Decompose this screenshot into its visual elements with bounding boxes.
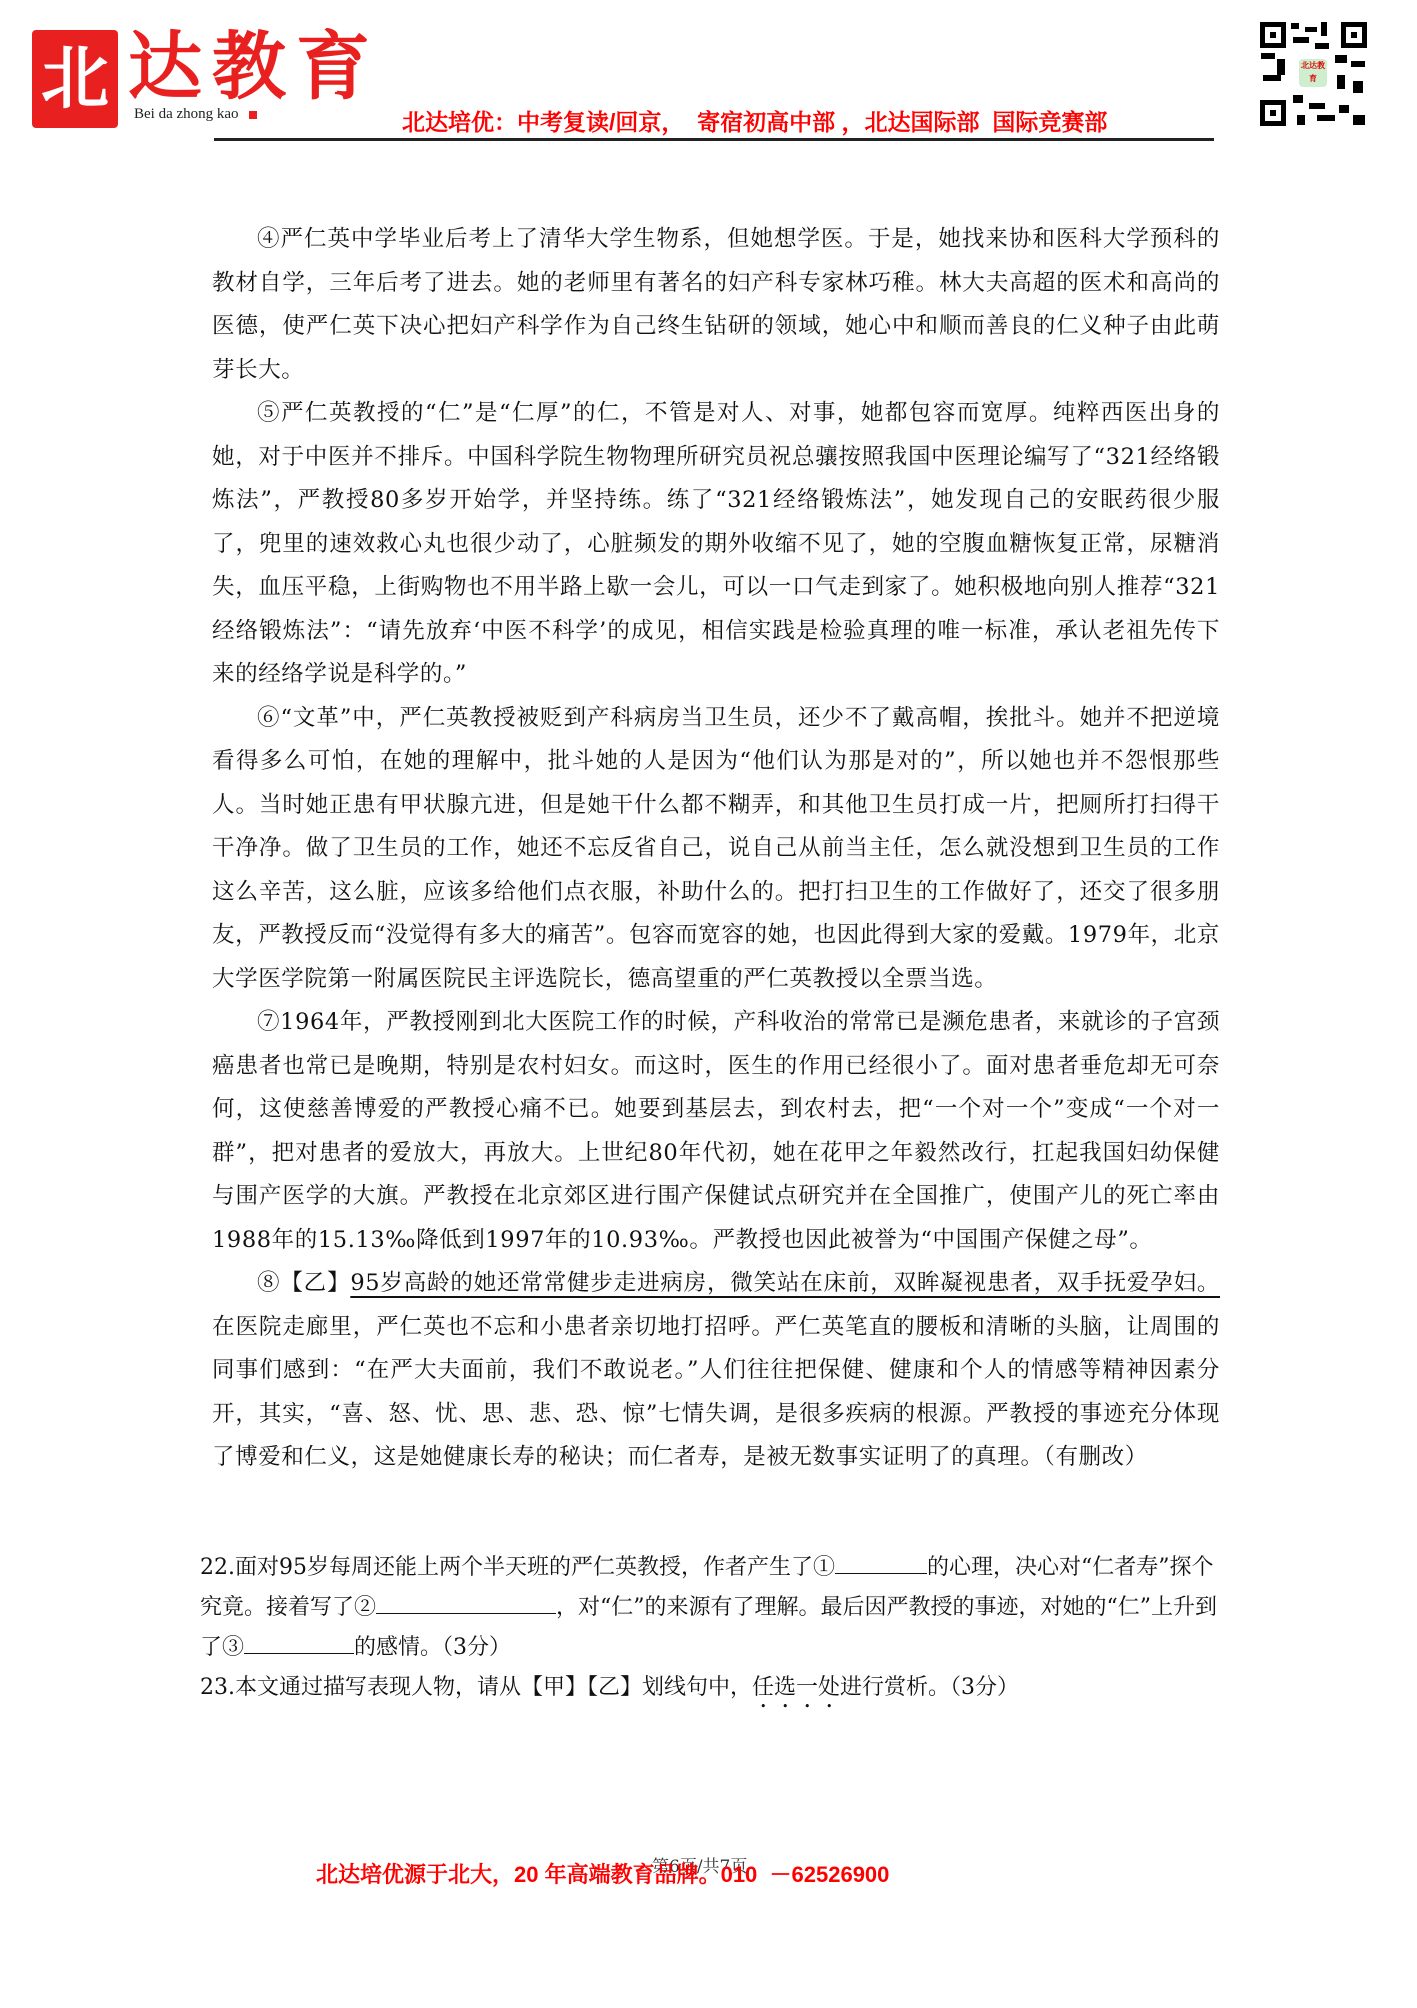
question-22-text-1: 22.面对95岁每周还能上两个半天班的严仁英教授，作者产生了① xyxy=(200,1555,835,1580)
paragraph-6: ⑥“文革”中，严仁英教授被贬到产科病房当卫生员，还少不了戴高帽，挨批斗。她并不把… xyxy=(212,697,1220,1002)
logo-subtitle: Bei da zhong kao xyxy=(134,106,257,123)
qr-module xyxy=(1321,22,1327,36)
qr-module xyxy=(1263,75,1281,81)
logo-title: 达教育 xyxy=(128,30,380,104)
qr-module xyxy=(1339,105,1349,113)
qr-module xyxy=(1305,27,1317,32)
answer-blank-2[interactable] xyxy=(376,1591,556,1614)
qr-finder-bottom-left xyxy=(1260,100,1286,126)
qr-module xyxy=(1335,55,1347,63)
qr-finder-top-right xyxy=(1341,22,1367,48)
logo-glyph: 北 xyxy=(41,45,109,113)
paragraph-8: ⑧【乙】95岁高龄的她还常常健步走进病房，微笑站在床前，双眸凝视患者，双手抚爱孕… xyxy=(212,1262,1220,1480)
question-23: 23.本文通过描写表现人物，请从【甲】【乙】划线句中，任选一处进行赏析。（3分） xyxy=(200,1668,1220,1713)
qr-module xyxy=(1293,95,1303,103)
paragraph-8-prefix: ⑧【乙】 xyxy=(257,1270,350,1296)
qr-module xyxy=(1337,75,1345,89)
question-22-text-4: 的感情。（3分） xyxy=(354,1635,511,1660)
qr-center-logo: 北达教育 xyxy=(1299,59,1327,87)
qr-module xyxy=(1317,115,1335,121)
red-square-icon xyxy=(249,111,257,119)
question-23-text-2: 进行赏析。（3分） xyxy=(840,1675,1019,1700)
qr-module xyxy=(1353,81,1363,93)
answer-blank-3[interactable] xyxy=(244,1631,354,1654)
qr-module xyxy=(1297,115,1305,125)
qr-module xyxy=(1351,61,1365,67)
qr-module xyxy=(1309,103,1325,109)
footer-slogan: 北达培优源于北大，20 年高端教育品牌。010 －62526900 xyxy=(316,1858,889,1889)
qr-code-icon: 北达教育 xyxy=(1257,19,1370,129)
paragraph-7: ⑦1964年，严教授刚到北大医院工作的时候，产科收治的常常已是濒危患者，来就诊的… xyxy=(212,1001,1220,1262)
qr-module xyxy=(1353,115,1365,125)
question-23-text-1: 23.本文通过描写表现人物，请从【甲】【乙】划线句中， xyxy=(200,1675,752,1700)
paragraph-5: ⑤严仁英教授的“仁”是“仁厚”的仁，不管是对人、对事，她都包容而宽厚。纯粹西医出… xyxy=(212,392,1220,697)
header-divider xyxy=(214,138,1214,141)
qr-module xyxy=(1261,53,1275,59)
answer-blank-1[interactable] xyxy=(835,1551,927,1574)
question-22: 22.面对95岁每周还能上两个半天班的严仁英教授，作者产生了①的心理，决心对“仁… xyxy=(200,1548,1220,1668)
header-slogan: 北达培优：中考复读/回京， 寄宿初高中部 ，北达国际部 国际竞赛部 xyxy=(402,104,1107,137)
questions-section: 22.面对95岁每周还能上两个半天班的严仁英教授，作者产生了①的心理，决心对“仁… xyxy=(200,1548,1220,1713)
qr-module xyxy=(1315,43,1329,49)
qr-module xyxy=(1291,23,1299,29)
paragraph-4: ④严仁英中学毕业后考上了清华大学生物系，但她想学医。于是，她找来协和医科大学预科… xyxy=(212,218,1220,392)
logo-mark: 北 xyxy=(32,30,118,128)
paragraph-8-text: 在医院走廊里，严仁英也不忘和小患者亲切地打招呼。严仁英笔直的腰板和清晰的头脑，让… xyxy=(212,1314,1220,1471)
underlined-sentence-yi: 95岁高龄的她还常常健步走进病房，微笑站在床前，双眸凝视患者，双手抚爱孕妇。 xyxy=(350,1270,1220,1296)
qr-finder-top-left xyxy=(1260,22,1286,48)
qr-module xyxy=(1293,37,1309,43)
question-23-emphasis: 任选一处 xyxy=(752,1675,840,1700)
logo-subtitle-text: Bei da zhong kao xyxy=(134,106,239,122)
qr-module xyxy=(1277,59,1285,75)
article-body: ④严仁英中学毕业后考上了清华大学生物系，但她想学医。于是，她找来协和医科大学预科… xyxy=(212,218,1220,1480)
